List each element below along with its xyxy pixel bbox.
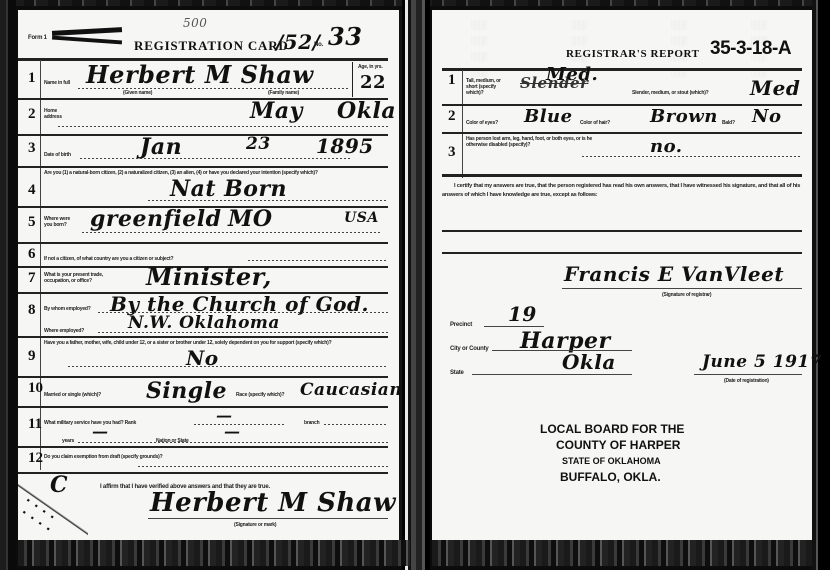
disability-value: no. — [650, 136, 683, 157]
rule — [694, 374, 802, 375]
rule — [562, 288, 802, 289]
citizenship-value: Nat Born — [170, 176, 287, 202]
eyes-label: Color of eyes? — [466, 120, 498, 126]
number-column-rule — [462, 70, 463, 178]
report-code: 35-3-18-A — [710, 38, 791, 60]
card-number: 33 — [328, 22, 362, 51]
row-number: 2 — [448, 108, 456, 125]
field-label: Tall, medium, or short (specify which)? — [466, 78, 510, 96]
film-sprocket-left — [18, 540, 410, 566]
birth-town: greenfield — [90, 206, 222, 232]
rule — [18, 242, 388, 244]
rule — [78, 442, 388, 443]
ghost-text: ▒▒▒▒ — [472, 20, 488, 84]
rule — [68, 366, 388, 367]
rule — [148, 200, 388, 201]
registrant-signature: Herbert M Shaw — [150, 488, 396, 518]
rule — [148, 518, 388, 519]
birth-year: 1895 — [316, 134, 374, 158]
row-number: 1 — [28, 70, 36, 87]
field-label: Home address — [44, 108, 74, 120]
form-label: Form 1 — [28, 35, 47, 41]
birth-month: Jan — [140, 134, 182, 160]
registrars-report: ▒▒▒▒ ▒▒▒▒ ▒▒▒▒ ▒▒▒▒ REGISTRAR'S REPORT 3… — [432, 10, 812, 540]
rule — [442, 230, 802, 232]
row-number: 2 — [28, 106, 36, 123]
eyes-value: Blue — [524, 106, 573, 127]
build-label: Slender, medium, or stout (which)? — [632, 90, 709, 96]
state-value: Okla — [562, 350, 616, 374]
marital-status-value: Single — [146, 378, 227, 404]
date-label: (Date of registration) — [724, 378, 769, 384]
corner-mark: C — [50, 472, 68, 498]
nation-value: — — [224, 422, 241, 441]
race-value: Caucasian — [300, 380, 402, 400]
rule — [58, 126, 388, 127]
state-label: State — [450, 370, 464, 376]
rule — [18, 446, 388, 448]
number-label: No. — [314, 42, 323, 48]
registrar-signature: Francis E VanVleet — [564, 262, 784, 286]
row-number: 3 — [448, 144, 456, 161]
form-strike-mark — [52, 27, 122, 36]
rule — [472, 374, 632, 375]
rule — [352, 62, 353, 97]
sublabel: (Family name) — [268, 90, 299, 96]
stamp-line-2: COUNTY OF HARPER — [556, 438, 680, 452]
rule — [442, 132, 802, 134]
rule — [138, 466, 388, 467]
field-label: By whom employed? — [44, 306, 91, 312]
field-label: Do you claim exemption from draft (speci… — [44, 454, 164, 460]
occupation-value: Minister, — [146, 262, 272, 291]
registration-card: Form 1 500 REGISTRATION CARD /52/ No. 33… — [18, 10, 402, 540]
birth-state: MO — [228, 206, 273, 232]
row-number: 5 — [28, 214, 36, 231]
rule — [18, 166, 388, 168]
row-number: 9 — [28, 348, 36, 365]
field-label: Married or single (which)? — [44, 392, 101, 398]
row-number: 8 — [28, 302, 36, 319]
years-value: — — [92, 422, 109, 441]
where-employed-value: N.W. Oklahoma — [128, 313, 280, 333]
row-number: 6 — [28, 246, 36, 263]
card-title: REGISTRATION CARD — [134, 38, 289, 54]
row-number: 1 — [448, 72, 456, 89]
age-label: Age, in yrs. — [358, 64, 383, 70]
rule — [18, 472, 388, 474]
row-number: 12 — [28, 450, 43, 467]
branch-label: branch — [304, 420, 319, 426]
field-label: Name in full — [44, 80, 70, 86]
report-title: REGISTRAR'S REPORT — [566, 48, 700, 60]
years-label: years — [62, 438, 74, 444]
field-label: What military service have you had? Rank — [44, 420, 136, 426]
row-number: 11 — [28, 416, 42, 433]
film-right-edge — [812, 0, 830, 570]
row-number: 3 — [28, 140, 36, 157]
rule — [442, 68, 802, 71]
bald-value: No — [752, 106, 781, 127]
hair-label: Color of hair? — [580, 120, 610, 126]
bald-label: Bald? — [722, 120, 735, 126]
hair-value: Brown — [650, 106, 718, 127]
build-value: Med — [750, 76, 800, 100]
top-scribble: 500 — [183, 16, 207, 30]
precinct-value: 19 — [508, 302, 537, 326]
number-column-rule — [40, 60, 41, 470]
rule — [18, 336, 388, 338]
row-number: 4 — [28, 182, 36, 199]
height-value: Med. — [546, 64, 598, 85]
rule — [78, 88, 348, 89]
stamp-line-4: BUFFALO, OKLA. — [560, 470, 661, 484]
rule — [82, 232, 382, 233]
form-strike-mark-2 — [52, 36, 122, 45]
rule — [80, 158, 350, 159]
field-label: Has person lost arm, leg, hand, foot, or… — [466, 136, 596, 148]
rule — [442, 174, 802, 177]
row-number: 7 — [28, 270, 36, 287]
film-divider — [402, 0, 430, 570]
rule — [484, 326, 544, 327]
name-value: Herbert M Shaw — [86, 60, 314, 89]
rule — [582, 156, 802, 157]
certification-text: I certify that my answers are true, that… — [442, 182, 804, 200]
stamp-line-3: STATE OF OKLAHOMA — [562, 456, 661, 466]
field-label: Date of birth — [44, 152, 71, 158]
city-label: City or County — [450, 346, 489, 352]
film-sprocket-right — [432, 540, 812, 566]
rule — [248, 260, 388, 261]
birth-nation: USA — [344, 210, 379, 226]
stamp-line-1: LOCAL BOARD FOR THE — [540, 422, 684, 436]
row-number: 10 — [28, 380, 43, 397]
rule — [324, 424, 388, 425]
sublabel: (Given name) — [123, 90, 152, 96]
film-left-edge — [0, 0, 16, 570]
birth-day: 23 — [246, 134, 271, 154]
signature-label: (Signature or mark) — [234, 522, 276, 528]
field-label: Where were you born? — [44, 216, 78, 228]
registrar-signature-label: (Signature of registrar) — [662, 292, 711, 298]
rule — [442, 104, 802, 106]
rule — [442, 252, 802, 254]
field-label: What is your present trade, occupation, … — [44, 272, 124, 284]
registration-date: June 5 1917 — [702, 352, 822, 372]
race-label: Race (specify which)? — [236, 392, 284, 398]
rule — [98, 332, 388, 333]
rule — [18, 406, 388, 408]
precinct-label: Precinct — [450, 322, 472, 328]
nation-label: Nation or State — [156, 438, 189, 444]
where-employed-label: Where employed? — [44, 328, 84, 334]
home-address-value: May Okla — [250, 98, 396, 124]
age-value: 22 — [360, 72, 386, 93]
